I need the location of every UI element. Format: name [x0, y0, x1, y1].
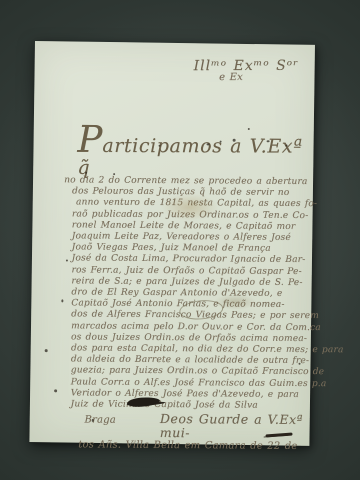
ink-speck: [286, 145, 288, 147]
manuscript-page: Illᵐᵒ Exᵐᵒ Sᵒʳ e Ex Participamos a V.Exª…: [29, 41, 315, 446]
ink-speck: [92, 419, 94, 422]
ink-speck: [66, 259, 68, 261]
ink-speck: [267, 140, 270, 142]
opening-line: Participamos a V.Exª q̃: [77, 131, 309, 180]
ink-speck: [61, 299, 63, 302]
ink-speck: [159, 145, 161, 147]
ink-speck: [45, 349, 48, 352]
ink-speck: [54, 389, 57, 392]
dateline: tos Añs. Villa Bella em Camara de 22 de: [78, 440, 304, 454]
valediction: Deos Guarde a V.Exª mui-: [160, 412, 305, 441]
ink-speck: [113, 173, 115, 175]
ink-speck: [85, 172, 87, 174]
signature-name: Braga: [84, 414, 116, 428]
salutation-line-1: Illᵐᵒ Exᵐᵒ Sᵒʳ: [193, 58, 298, 74]
manuscript-line: Juiz de Vicinal o Capitaõ José da Silva: [71, 399, 305, 412]
ink-speck: [299, 363, 301, 365]
ink-speck: [233, 139, 236, 142]
ink-speck: [248, 128, 250, 130]
photograph-background: Illᵐᵒ Exᵐᵒ Sᵒʳ e Ex Participamos a V.Exª…: [0, 0, 360, 480]
salutation: Illᵐᵒ Exᵐᵒ Sᵒʳ e Ex: [193, 58, 298, 83]
ink-speck: [220, 141, 222, 143]
ink-speck: [207, 143, 210, 145]
